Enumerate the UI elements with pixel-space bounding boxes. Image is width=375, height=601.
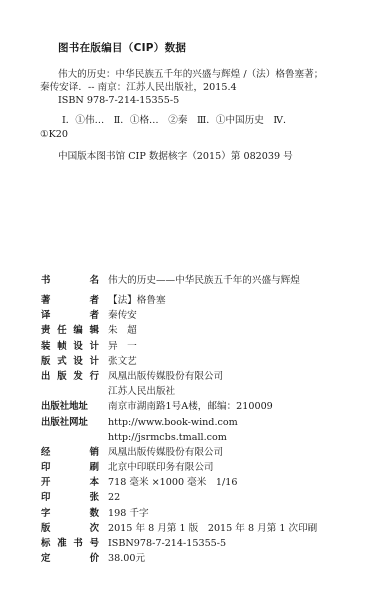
row-label-char: 计 (90, 354, 99, 369)
row-label: 经销 (41, 445, 99, 460)
row-label-char: 式 (57, 354, 66, 369)
copyright-row: 字数198 千字 (41, 506, 361, 521)
copyright-row: 出版发行凤凰出版传媒股份有限公司 (41, 369, 361, 384)
row-label-char: 设 (73, 339, 82, 354)
row-label-char: 设 (73, 354, 82, 369)
row-label (41, 384, 99, 399)
row-label-char: 者 (90, 293, 99, 308)
cip-entry-line2: 秦传安译．-- 南京：江苏人民出版社，2015.4 (40, 82, 237, 95)
row-label-char: 经 (41, 445, 50, 460)
row-label-char: 本 (90, 475, 99, 490)
row-label-char: 标 (41, 536, 50, 551)
row-label: 出版发行 (41, 369, 99, 384)
copyright-row: 版式设计张文艺 (41, 354, 361, 369)
copyright-row: 开本718 毫米 ×1000 毫米 1/16 (41, 475, 361, 490)
row-label-char: 版 (57, 369, 66, 384)
row-label: 字数 (41, 506, 99, 521)
row-label-char: 辑 (90, 323, 99, 338)
row-label-char: 次 (90, 521, 99, 536)
row-label: 开本 (41, 475, 99, 490)
copyright-row: 版次2015 年 8 月第 1 版 2015 年 8 月第 1 次印刷 (41, 521, 361, 536)
row-label-char: 字 (41, 506, 50, 521)
row-value: 718 毫米 ×1000 毫米 1/16 (108, 475, 237, 490)
copyright-row: 印张22 (41, 490, 361, 505)
row-label: 出版社网址 (41, 415, 99, 430)
cip-entry-line1: 伟大的历史：中华民族五千年的兴盛与辉煌 /（法）格鲁塞著； (58, 69, 323, 82)
copyright-row: 印刷北京中印联印务有限公司 (41, 460, 361, 475)
row-label-char: 刷 (90, 460, 99, 475)
row-label-char: 开 (41, 475, 50, 490)
cip-subject-line2: ①K20 (40, 129, 68, 142)
row-label: 书名 (41, 273, 99, 293)
row-label: 定价 (41, 551, 99, 566)
copyright-row: 著者【法】格鲁塞 (41, 293, 361, 308)
row-value: 凤凰出版传媒股份有限公司 (108, 445, 223, 460)
row-label-char: 销 (90, 445, 99, 460)
row-label-char: 数 (90, 506, 99, 521)
row-label-char: 著 (41, 293, 50, 308)
copyright-row: 经销凤凰出版传媒股份有限公司 (41, 445, 361, 460)
row-label-char: 译 (41, 308, 50, 323)
row-label-char: 价 (90, 551, 99, 566)
cip-subject-line1: Ⅰ．①伟… Ⅱ．①格… ②秦 Ⅲ．①中国历史 Ⅳ． (62, 115, 293, 128)
row-label: 责任编辑 (41, 323, 99, 338)
row-label-char: 行 (90, 369, 99, 384)
row-label-char: 编 (73, 323, 82, 338)
copyright-row: 出版社网址http://www.book-wind.com (41, 415, 361, 430)
cip-heading: 图书在版编目（CIP）数据 (58, 40, 186, 55)
row-value: 南京市湖南路1号A楼，邮编：210009 (108, 399, 273, 414)
row-value: 22 (108, 490, 120, 505)
row-label: 版式设计 (41, 354, 99, 369)
row-label-char: 出 (41, 369, 50, 384)
row-label-char: 发 (73, 369, 82, 384)
row-label-char: 帧 (57, 339, 66, 354)
row-label-char: 印 (41, 490, 50, 505)
row-value: 38.00元 (108, 551, 145, 566)
row-label-char: 责 (41, 323, 50, 338)
row-label-char: 装 (41, 339, 50, 354)
copyright-row: 出版社地址南京市湖南路1号A楼，邮编：210009 (41, 399, 361, 414)
row-value: 2015 年 8 月第 1 版 2015 年 8 月第 1 次印刷 (108, 521, 317, 536)
row-label-char: 名 (90, 273, 99, 293)
row-value: 伟大的历史——中华民族五千年的兴盛与辉煌 (108, 273, 300, 293)
row-label: 译者 (41, 308, 99, 323)
row-value: 【法】格鲁塞 (108, 293, 166, 308)
row-label-char: 号 (90, 536, 99, 551)
row-label-char: 任 (57, 323, 66, 338)
row-value: 朱 超 (108, 323, 137, 338)
row-label-char: 准 (57, 536, 66, 551)
row-label-char: 者 (90, 308, 99, 323)
row-value: 张文艺 (108, 354, 137, 369)
row-value: 江苏人民出版社 (108, 384, 175, 399)
row-value: http://www.book-wind.com (108, 415, 238, 430)
copyright-row: 江苏人民出版社 (41, 384, 361, 399)
row-label-char: 印 (41, 460, 50, 475)
copyright-row: 装帧设计异 一 (41, 339, 361, 354)
copyright-row: 责任编辑朱 超 (41, 323, 361, 338)
row-value: 198 千字 (108, 506, 149, 521)
copyright-row: 标准书号ISBN978-7-214-15355-5 (41, 536, 361, 551)
cip-isbn: ISBN 978-7-214-15355-5 (58, 95, 179, 108)
row-label: 印刷 (41, 460, 99, 475)
row-value: 异 一 (108, 339, 137, 354)
copyright-row: 定价38.00元 (41, 551, 361, 566)
row-value: 北京中印联印务有限公司 (108, 460, 214, 475)
row-label-char: 定 (41, 551, 50, 566)
row-value: ISBN978-7-214-15355-5 (108, 536, 226, 551)
row-label: 著者 (41, 293, 99, 308)
cip-number: 中国版本图书馆 CIP 数据核字（2015）第 082039 号 (58, 151, 293, 164)
copyright-row: 书名伟大的历史——中华民族五千年的兴盛与辉煌 (41, 273, 361, 293)
copyright-row: http://jsrmcbs.tmall.com (41, 430, 361, 445)
row-label: 版次 (41, 521, 99, 536)
row-label: 出版社地址 (41, 399, 99, 414)
row-value: 凤凰出版传媒股份有限公司 (108, 369, 223, 384)
row-label-char: 版 (41, 521, 50, 536)
row-label: 标准书号 (41, 536, 99, 551)
row-value: 秦传安 (108, 308, 137, 323)
row-label-char: 计 (90, 339, 99, 354)
row-label (41, 430, 99, 445)
copyright-table: 书名伟大的历史——中华民族五千年的兴盛与辉煌著者【法】格鲁塞译者秦传安责任编辑朱… (41, 273, 361, 566)
row-value: http://jsrmcbs.tmall.com (108, 430, 227, 445)
copyright-row: 译者秦传安 (41, 308, 361, 323)
row-label-char: 书 (41, 273, 50, 293)
row-label-char: 张 (90, 490, 99, 505)
row-label-char: 版 (41, 354, 50, 369)
row-label-char: 书 (73, 536, 82, 551)
row-label: 印张 (41, 490, 99, 505)
row-label: 装帧设计 (41, 339, 99, 354)
